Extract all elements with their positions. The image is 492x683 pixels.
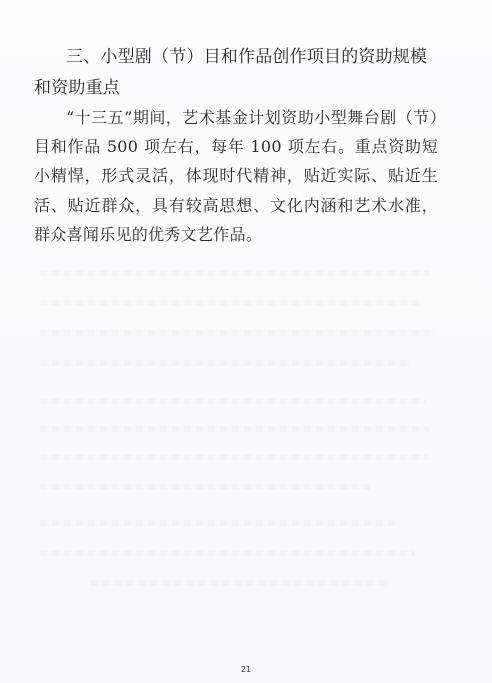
show-through-mark bbox=[40, 300, 420, 306]
show-through-mark bbox=[40, 550, 415, 556]
show-through-mark bbox=[40, 360, 410, 366]
show-through-mark bbox=[40, 398, 425, 404]
show-through-mark bbox=[40, 520, 400, 526]
section-heading: 三、小型剧（节）目和作品创作项目的资助规模和资助重点 bbox=[34, 42, 438, 104]
document-page: 三、小型剧（节）目和作品创作项目的资助规模和资助重点 “十三五”期间，艺术基金计… bbox=[0, 0, 492, 683]
show-through-mark bbox=[40, 270, 430, 276]
show-through-mark bbox=[40, 454, 428, 460]
show-through-mark bbox=[40, 330, 435, 336]
page-number: 21 bbox=[0, 665, 492, 674]
show-through-mark bbox=[40, 426, 430, 432]
show-through-mark bbox=[40, 484, 370, 490]
body-paragraph: “十三五”期间，艺术基金计划资助小型舞台剧（节）目和作品 500 项左右，每年 … bbox=[34, 103, 438, 249]
show-through-mark bbox=[90, 580, 390, 586]
